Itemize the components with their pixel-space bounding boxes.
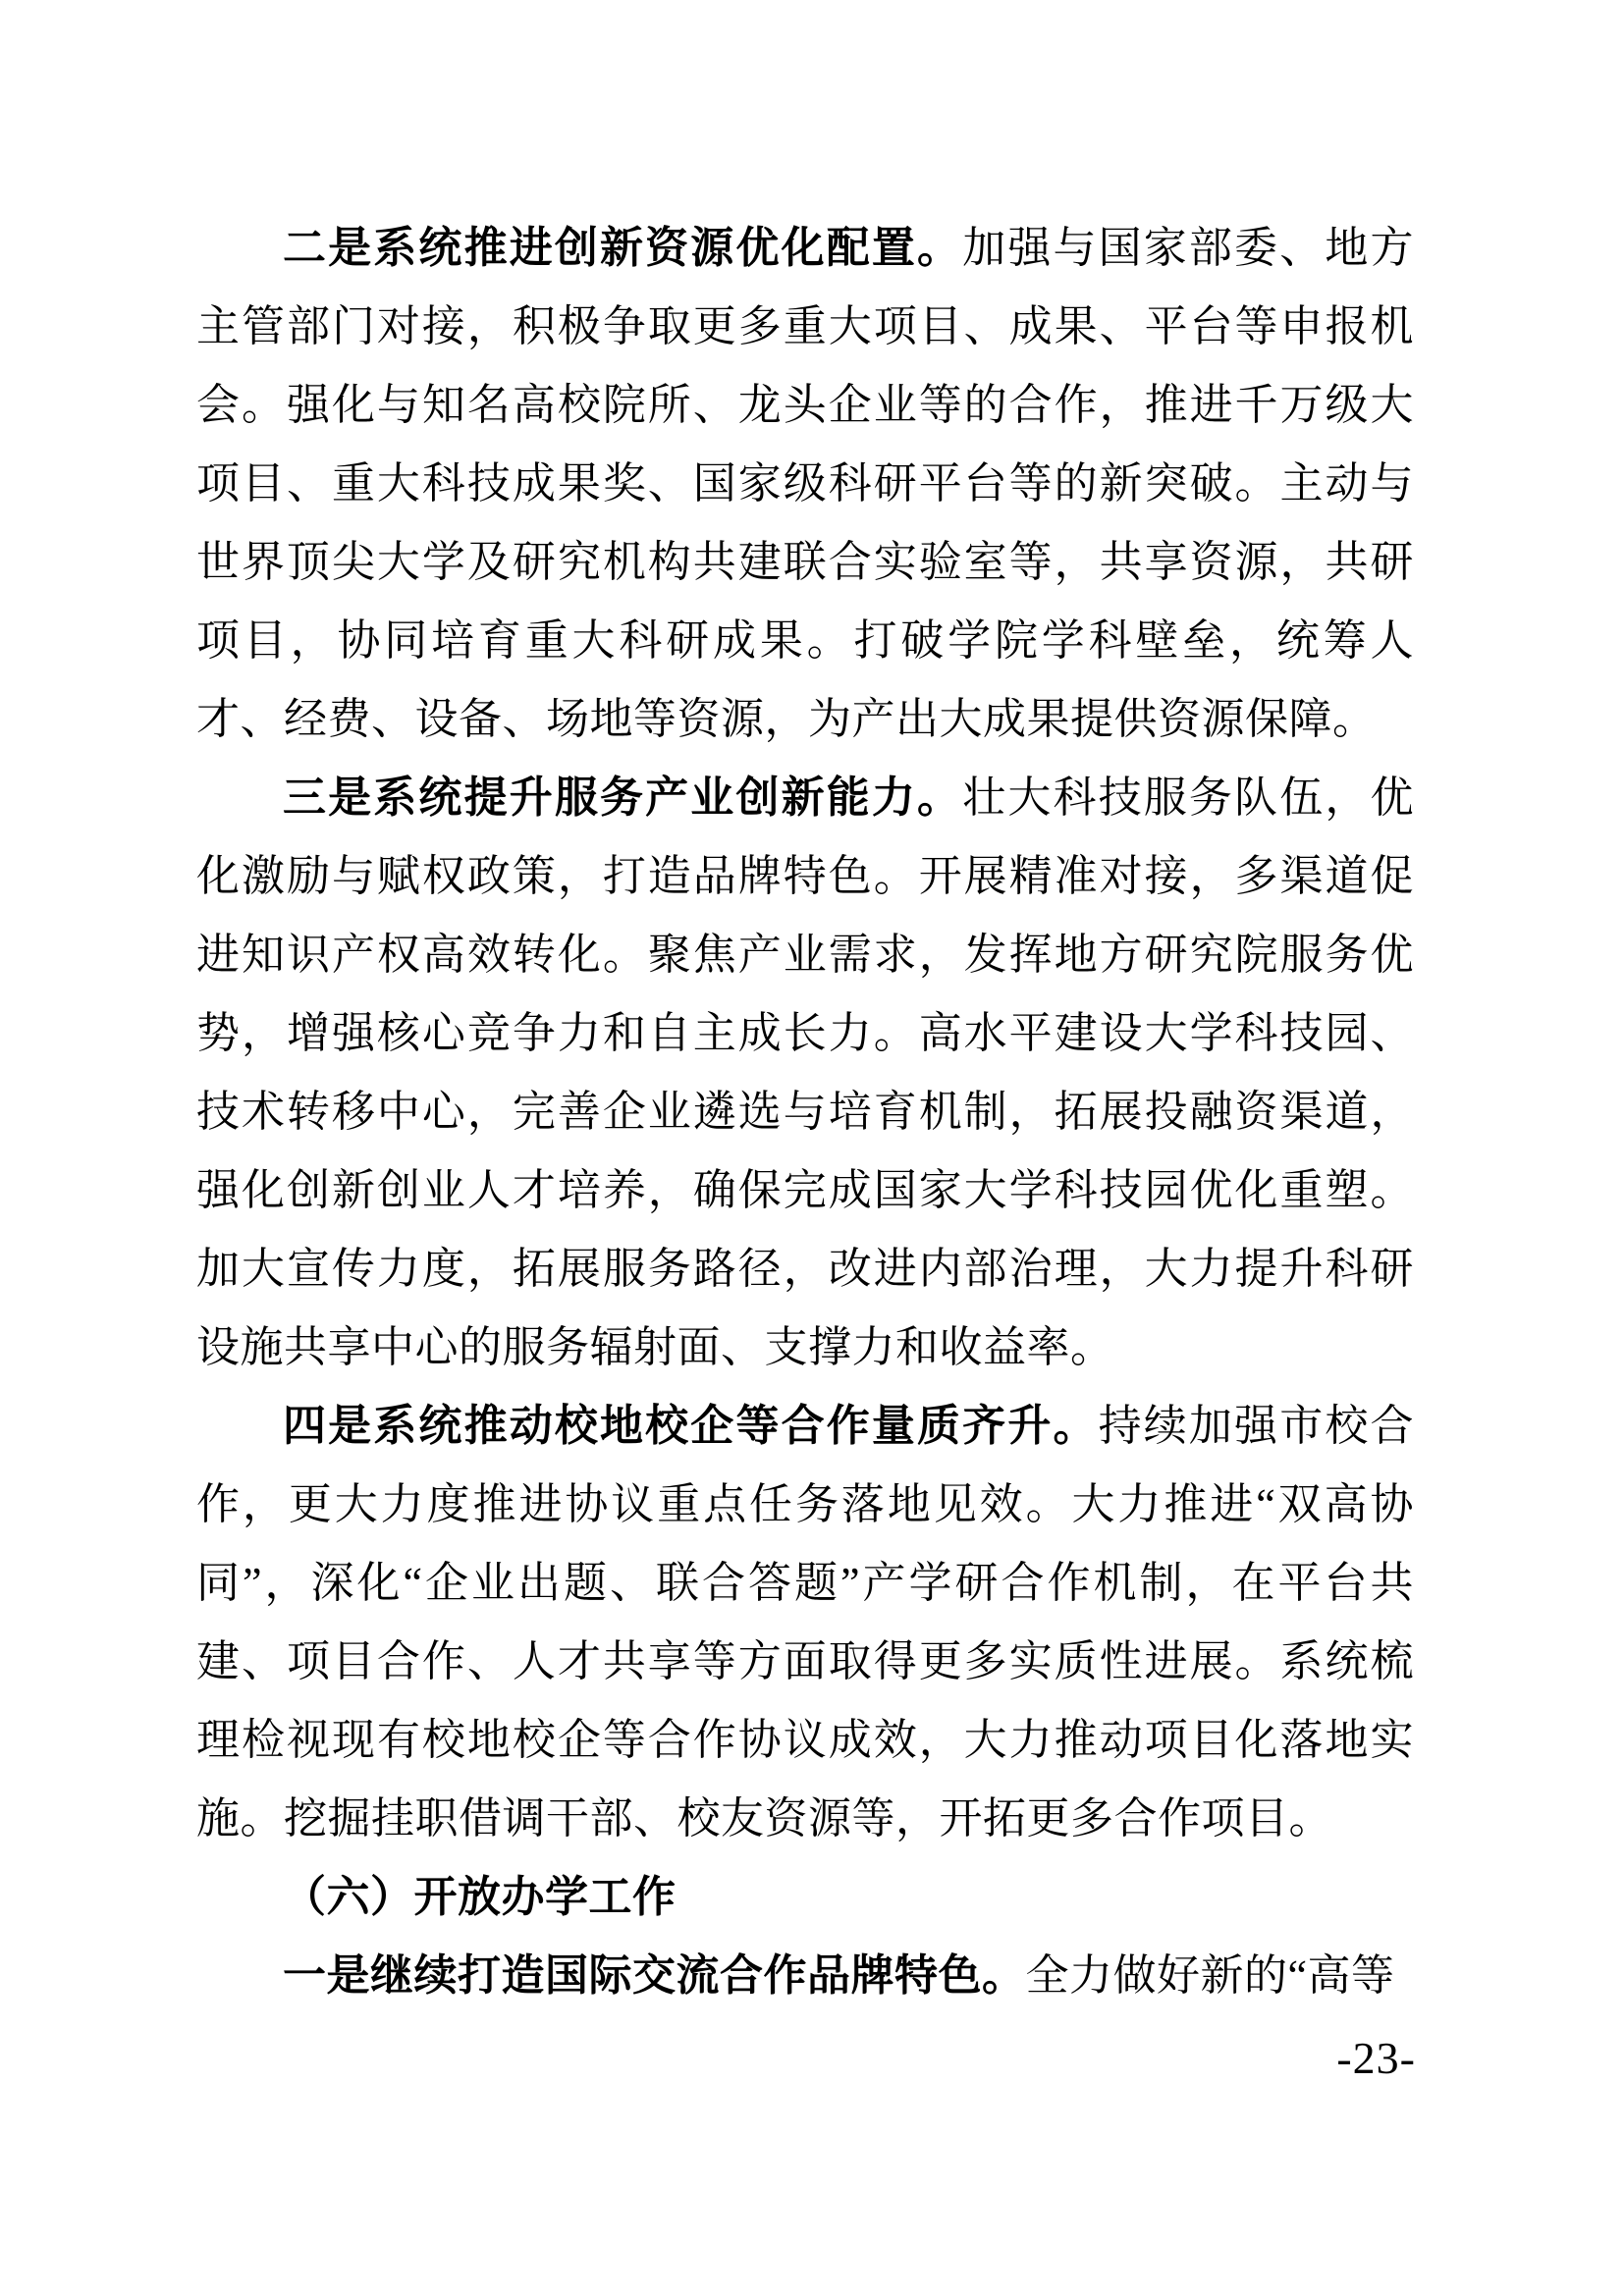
document-page: 二是系统推进创新资源优化配置。加强与国家部委、地方主管部门对接，积极争取更多重大… [0, 0, 1624, 2296]
document-body: 二是系统推进创新资源优化配置。加强与国家部委、地方主管部门对接，积极争取更多重大… [196, 209, 1414, 2015]
page-number: -23- [1336, 2034, 1416, 2083]
paragraph-text: 加强与国家部委、地方主管部门对接，积极争取更多重大项目、成果、平台等申报机会。强… [196, 224, 1414, 743]
section-heading-label: （六）开放办学工作 [283, 1873, 677, 1921]
paragraph: 四是系统推动校地校企等合作量质齐升。持续加强市校合作，更大力度推进协议重点任务落… [196, 1387, 1414, 1858]
section-heading: （六）开放办学工作 [196, 1858, 1414, 1937]
paragraph-text: 壮大科技服务队伍，优化激励与赋权政策，打造品牌特色。开展精准对接，多渠道促进知识… [196, 774, 1414, 1371]
paragraph-lead: 二是系统推进创新资源优化配置。 [283, 224, 962, 272]
paragraph-lead: 三是系统提升服务产业创新能力。 [283, 774, 962, 822]
paragraph-lead: 一是继续打造国际交流合作品牌特色。 [283, 1951, 1026, 2000]
paragraph-lead: 四是系统推动校地校企等合作量质齐升。 [283, 1402, 1099, 1450]
paragraph-text: 持续加强市校合作，更大力度推进协议重点任务落地见效。大力推进“双高协同”，深化“… [196, 1402, 1414, 1842]
paragraph: 三是系统提升服务产业创新能力。壮大科技服务队伍，优化激励与赋权政策，打造品牌特色… [196, 759, 1414, 1387]
paragraph: 一是继续打造国际交流合作品牌特色。全力做好新的“高等 [196, 1937, 1414, 2015]
paragraph-text: 全力做好新的“高等 [1026, 1951, 1395, 2000]
paragraph: 二是系统推进创新资源优化配置。加强与国家部委、地方主管部门对接，积极争取更多重大… [196, 209, 1414, 759]
